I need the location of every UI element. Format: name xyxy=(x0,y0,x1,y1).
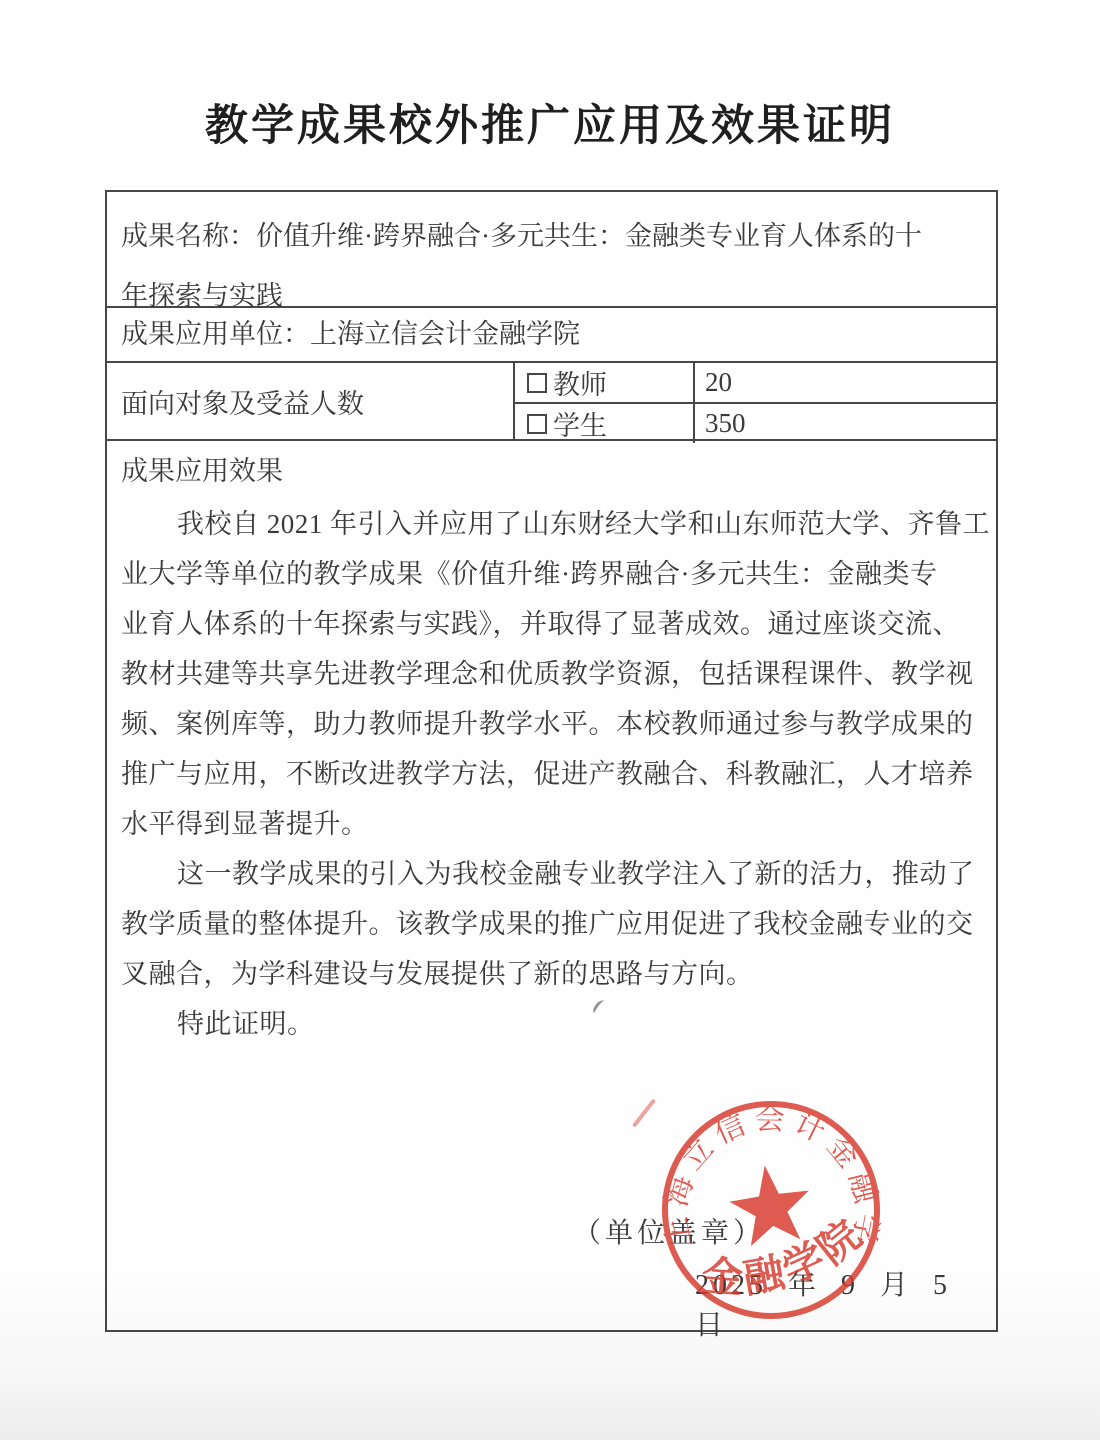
page-title: 教学成果校外推广应用及效果证明 xyxy=(0,92,1100,153)
certificate-page: 教学成果校外推广应用及效果证明 成果名称：价值升维·跨界融合·多元共生：金融类专… xyxy=(0,0,1100,1440)
audience-row-teacher: 教师 20 xyxy=(515,363,996,404)
teacher-label: 教师 xyxy=(553,363,607,402)
row-achievement-name: 成果名称：价值升维·跨界融合·多元共生：金融类专业育人体系的十 年探索与实践 xyxy=(107,192,996,308)
audience-row-student: 学生 350 xyxy=(515,404,996,443)
teacher-count: 20 xyxy=(695,363,996,402)
student-checkbox-cell: 学生 xyxy=(515,404,695,443)
effect-line: 教材共建等共享先进教学理念和优质教学资源，包括课程课件、教学视 xyxy=(121,649,982,699)
audience-subtable: 教师 20 学生 350 xyxy=(515,363,996,439)
student-count: 350 xyxy=(695,404,996,443)
effect-line: 这一教学成果的引入为我校金融专业教学注入了新的活力，推动了 xyxy=(121,849,982,899)
effect-line: 业育人体系的十年探索与实践》，并取得了显著成效。通过座谈交流、 xyxy=(121,599,982,649)
teacher-checkbox[interactable] xyxy=(527,373,547,393)
achievement-name-line1: 成果名称：价值升维·跨界融合·多元共生：金融类专业育人体系的十 xyxy=(121,206,982,266)
teacher-checkbox-cell: 教师 xyxy=(515,363,695,402)
effect-body: 我校自 2021 年引入并应用了山东财经大学和山东师范大学、齐鲁工 业大学等单位… xyxy=(121,499,982,1049)
official-stamp-icon: 上海立信会计金融学院 金融学院 xyxy=(650,1089,892,1331)
effect-line: 业大学等单位的教学成果《价值升维·跨界融合·多元共生：金融类专 xyxy=(121,549,982,599)
effect-line: 水平得到显著提升。 xyxy=(121,799,982,849)
stamp-star-icon xyxy=(725,1160,815,1248)
student-label: 学生 xyxy=(553,404,607,443)
effect-line: 我校自 2021 年引入并应用了山东财经大学和山东师范大学、齐鲁工 xyxy=(121,499,982,549)
student-checkbox[interactable] xyxy=(527,414,547,434)
effect-line: 叉融合，为学科建设与发展提供了新的思路与方向。 xyxy=(121,949,982,999)
effect-line: 频、案例库等，助力教师提升教学水平。本校教师通过参与教学成果的 xyxy=(121,699,982,749)
row-audience: 面向对象及受益人数 教师 20 学生 350 xyxy=(107,363,996,441)
effect-line: 推广与应用，不断改进教学方法，促进产教融合、科教融汇，人才培养 xyxy=(121,749,982,799)
closing-statement: 特此证明。 xyxy=(121,999,982,1049)
certificate-table: 成果名称：价值升维·跨界融合·多元共生：金融类专业育人体系的十 年探索与实践 成… xyxy=(105,190,998,1332)
effect-line: 教学质量的整体提升。该教学成果的推广应用促进了我校金融专业的交 xyxy=(121,899,982,949)
effect-label: 成果应用效果 xyxy=(107,441,996,487)
row-effect: 成果应用效果 我校自 2021 年引入并应用了山东财经大学和山东师范大学、齐鲁工… xyxy=(107,441,996,1326)
row-applying-unit: 成果应用单位：上海立信会计金融学院 xyxy=(107,308,996,363)
audience-label: 面向对象及受益人数 xyxy=(107,363,515,439)
